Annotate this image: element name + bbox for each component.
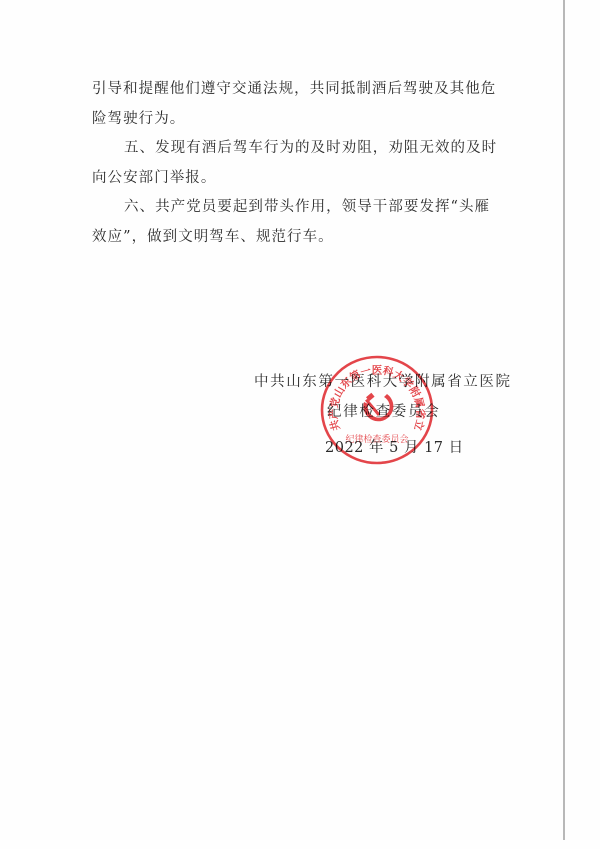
document-page: 引导和提醒他们遵守交通法规，共同抵制酒后驾驶及其他危 险驾驶行为。 五、发现有酒… — [0, 0, 600, 849]
paragraph-line: 效应”，做到文明驾车、规范行车。 — [92, 225, 532, 255]
scan-edge-line — [563, 0, 565, 840]
hammer-sickle-icon — [363, 393, 393, 422]
seal-inner-text: 纪律检查委员会 — [345, 433, 408, 445]
document-body: 引导和提醒他们遵守交通法规，共同抵制酒后驾驶及其他危 险驾驶行为。 五、发现有酒… — [92, 77, 532, 255]
paragraph-line: 六、共产党员要起到带头作用，领导干部要发挥“头雁 — [92, 195, 532, 225]
paragraph-line: 五、发现有酒后驾车行为的及时劝阻，劝阻无效的及时 — [92, 136, 532, 166]
official-seal-stamp: 中国共产党山东第一医科大学附属省立医院 纪律检查委员会 — [320, 354, 434, 466]
paragraph-line: 引导和提醒他们遵守交通法规，共同抵制酒后驾驶及其他危 — [92, 77, 532, 107]
seal-arc-text: 中国共产党山东第一医科大学附属省立医院 — [320, 354, 427, 433]
paragraph-line: 向公安部门举报。 — [92, 166, 532, 196]
paragraph-line: 险驾驶行为。 — [92, 107, 532, 137]
